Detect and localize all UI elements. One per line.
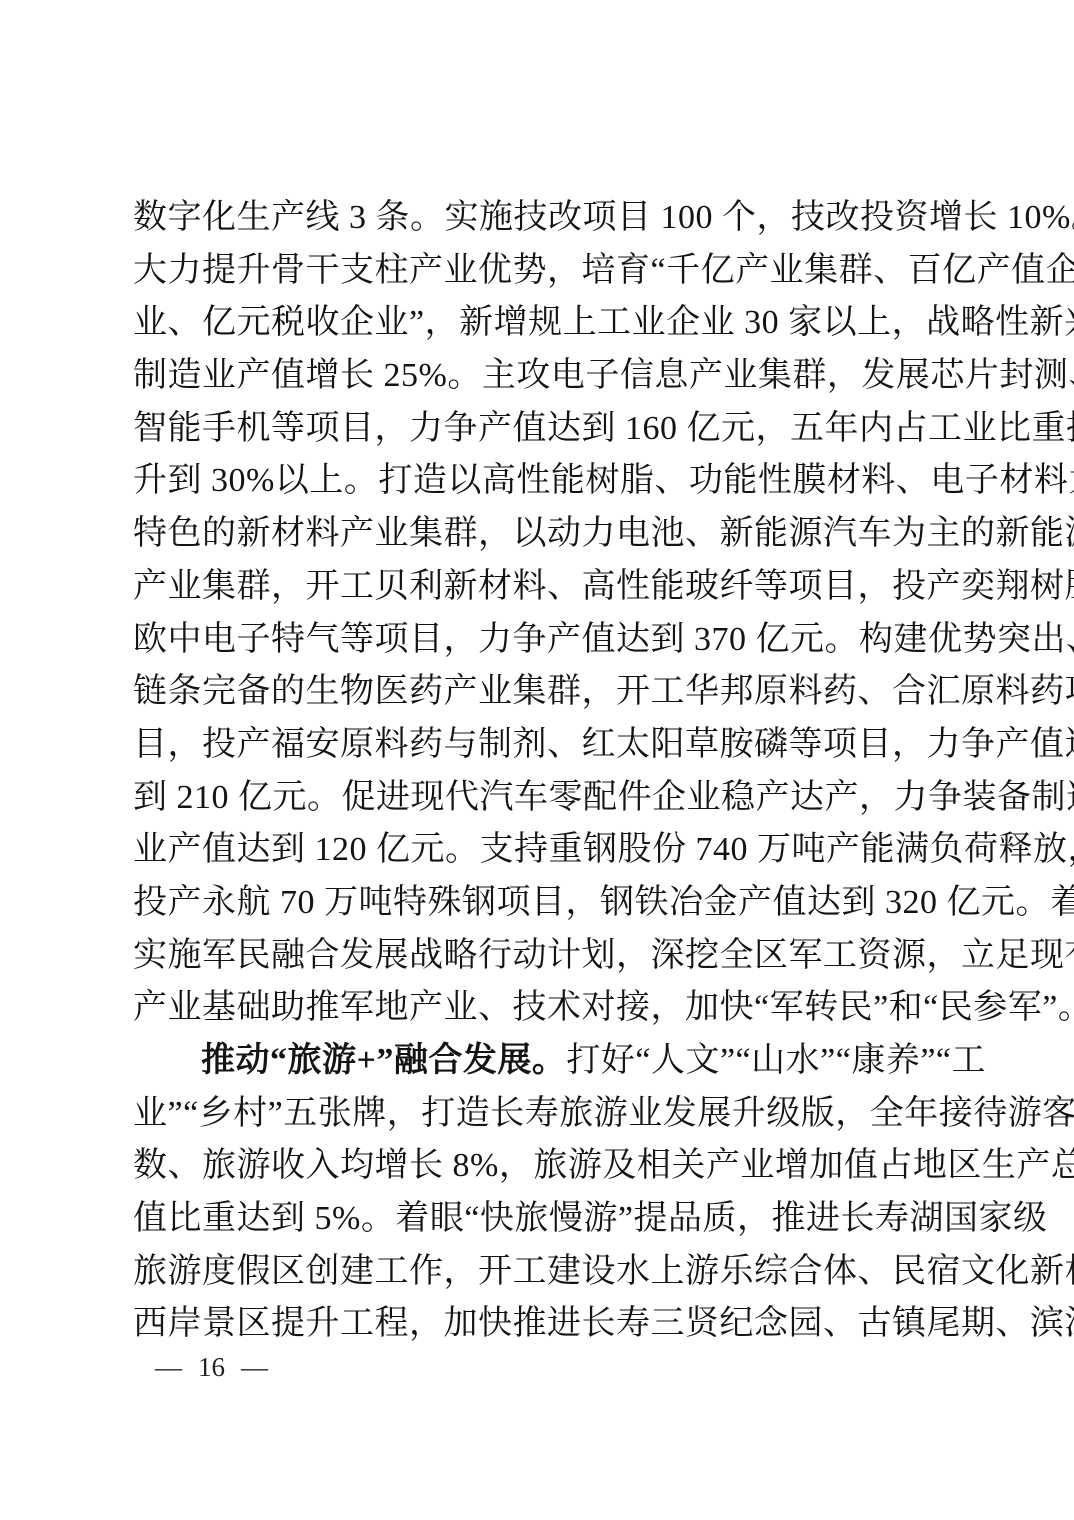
text-segment: 目，投产福安原料药与制剂、红太阳草胺磷等项目，力争产值达 [133, 726, 1074, 763]
text-line: 欧中电子特气等项目，力争产值达到 370 亿元。构建优势突出、 [133, 614, 933, 667]
body-text: 数字化生产线 3 条。实施技改项目 100 个，技改投资增长 10%。大力提升骨… [133, 192, 933, 1351]
text-line: 制造业产值增长 25%。主攻电子信息产业集群，发展芯片封测、 [133, 350, 933, 403]
text-line: 西岸景区提升工程，加快推进长寿三贤纪念园、古镇尾期、滨江 [133, 1298, 933, 1351]
text-segment: 业、亿元税收企业”，新增规上工业企业 30 家以上，战略性新兴 [133, 304, 1074, 341]
text-line: 业”“乡村”五张牌，打造长寿旅游业发展升级版，全年接待游客 [133, 1088, 933, 1141]
text-segment: 投产永航 70 万吨特殊钢项目，钢铁冶金产值达到 320 亿元。着力 [133, 884, 1074, 921]
text-line: 投产永航 70 万吨特殊钢项目，钢铁冶金产值达到 320 亿元。着力 [133, 877, 933, 930]
footer-left-dash: — [155, 1352, 182, 1383]
document-page: 数字化生产线 3 条。实施技改项目 100 个，技改投资增长 10%。大力提升骨… [0, 0, 1074, 1520]
text-line: 推动“旅游+”融合发展。打好“人文”“山水”“康养”“工 [133, 1035, 933, 1088]
text-segment: 西岸景区提升工程，加快推进长寿三贤纪念园、古镇尾期、滨江 [133, 1305, 1074, 1342]
text-line: 旅游度假区创建工作，开工建设水上游乐综合体、民宿文化新村、 [133, 1246, 933, 1299]
text-line: 到 210 亿元。促进现代汽车零配件企业稳产达产，力争装备制造 [133, 772, 933, 825]
text-segment: 数字化生产线 3 条。实施技改项目 100 个，技改投资增长 10%。 [133, 199, 1074, 236]
text-segment: 到 210 亿元。促进现代汽车零配件企业稳产达产，力争装备制造 [133, 779, 1074, 816]
text-line: 业产值达到 120 亿元。支持重钢股份 740 万吨产能满负荷释放， [133, 824, 933, 877]
footer-right-dash: — [241, 1352, 268, 1383]
text-line: 业、亿元税收企业”，新增规上工业企业 30 家以上，战略性新兴 [133, 297, 933, 350]
text-line: 数、旅游收入均增长 8%，旅游及相关产业增加值占地区生产总 [133, 1140, 933, 1193]
text-segment: 产业集群，开工贝利新材料、高性能玻纤等项目，投产奕翔树脂、 [133, 568, 1074, 605]
text-line: 目，投产福安原料药与制剂、红太阳草胺磷等项目，力争产值达 [133, 719, 933, 772]
text-segment: 打好“人文”“山水”“康养”“工 [566, 1042, 986, 1079]
text-line: 大力提升骨干支柱产业优势，培育“千亿产业集群、百亿产值企 [133, 245, 933, 298]
text-line: 产业基础助推军地产业、技术对接，加快“军转民”和“民参军”。 [133, 982, 933, 1035]
text-segment: 升到 30%以上。打造以高性能树脂、功能性膜材料、电子材料为 [133, 462, 1074, 499]
text-line: 特色的新材料产业集群，以动力电池、新能源汽车为主的新能源 [133, 508, 933, 561]
text-segment: 欧中电子特气等项目，力争产值达到 370 亿元。构建优势突出、 [133, 621, 1074, 658]
text-segment: 智能手机等项目，力争产值达到 160 亿元，五年内占工业比重提 [133, 410, 1074, 447]
text-line: 实施军民融合发展战略行动计划，深挖全区军工资源，立足现有 [133, 930, 933, 983]
text-segment: 旅游度假区创建工作，开工建设水上游乐综合体、民宿文化新村、 [133, 1253, 1074, 1290]
text-line: 升到 30%以上。打造以高性能树脂、功能性膜材料、电子材料为 [133, 455, 933, 508]
text-segment: 制造业产值增长 25%。主攻电子信息产业集群，发展芯片封测、 [133, 357, 1074, 394]
text-segment: 值比重达到 5%。着眼“快旅慢游”提品质，推进长寿湖国家级 [133, 1200, 1048, 1237]
text-line: 值比重达到 5%。着眼“快旅慢游”提品质，推进长寿湖国家级 [133, 1193, 933, 1246]
text-segment: 特色的新材料产业集群，以动力电池、新能源汽车为主的新能源 [133, 515, 1074, 552]
text-line: 产业集群，开工贝利新材料、高性能玻纤等项目，投产奕翔树脂、 [133, 561, 933, 614]
text-segment: 业”“乡村”五张牌，打造长寿旅游业发展升级版，全年接待游客 [133, 1095, 1074, 1132]
text-segment: 大力提升骨干支柱产业优势，培育“千亿产业集群、百亿产值企 [133, 252, 1074, 289]
text-segment: 数、旅游收入均增长 8%，旅游及相关产业增加值占地区生产总 [133, 1147, 1074, 1184]
paragraph-bold-lead: 推动“旅游+”融合发展。 [201, 1042, 566, 1079]
text-line: 数字化生产线 3 条。实施技改项目 100 个，技改投资增长 10%。 [133, 192, 933, 245]
text-segment: 产业基础助推军地产业、技术对接，加快“军转民”和“民参军”。 [133, 989, 1074, 1026]
text-segment: 链条完备的生物医药产业集群，开工华邦原料药、合汇原料药项 [133, 673, 1074, 710]
text-line: 智能手机等项目，力争产值达到 160 亿元，五年内占工业比重提 [133, 403, 933, 456]
text-segment: 业产值达到 120 亿元。支持重钢股份 740 万吨产能满负荷释放， [133, 831, 1074, 868]
text-line: 链条完备的生物医药产业集群，开工华邦原料药、合汇原料药项 [133, 666, 933, 719]
page-number: 16 [198, 1352, 225, 1383]
page-footer: — 16 — [155, 1352, 268, 1383]
text-segment: 实施军民融合发展战略行动计划，深挖全区军工资源，立足现有 [133, 937, 1074, 974]
